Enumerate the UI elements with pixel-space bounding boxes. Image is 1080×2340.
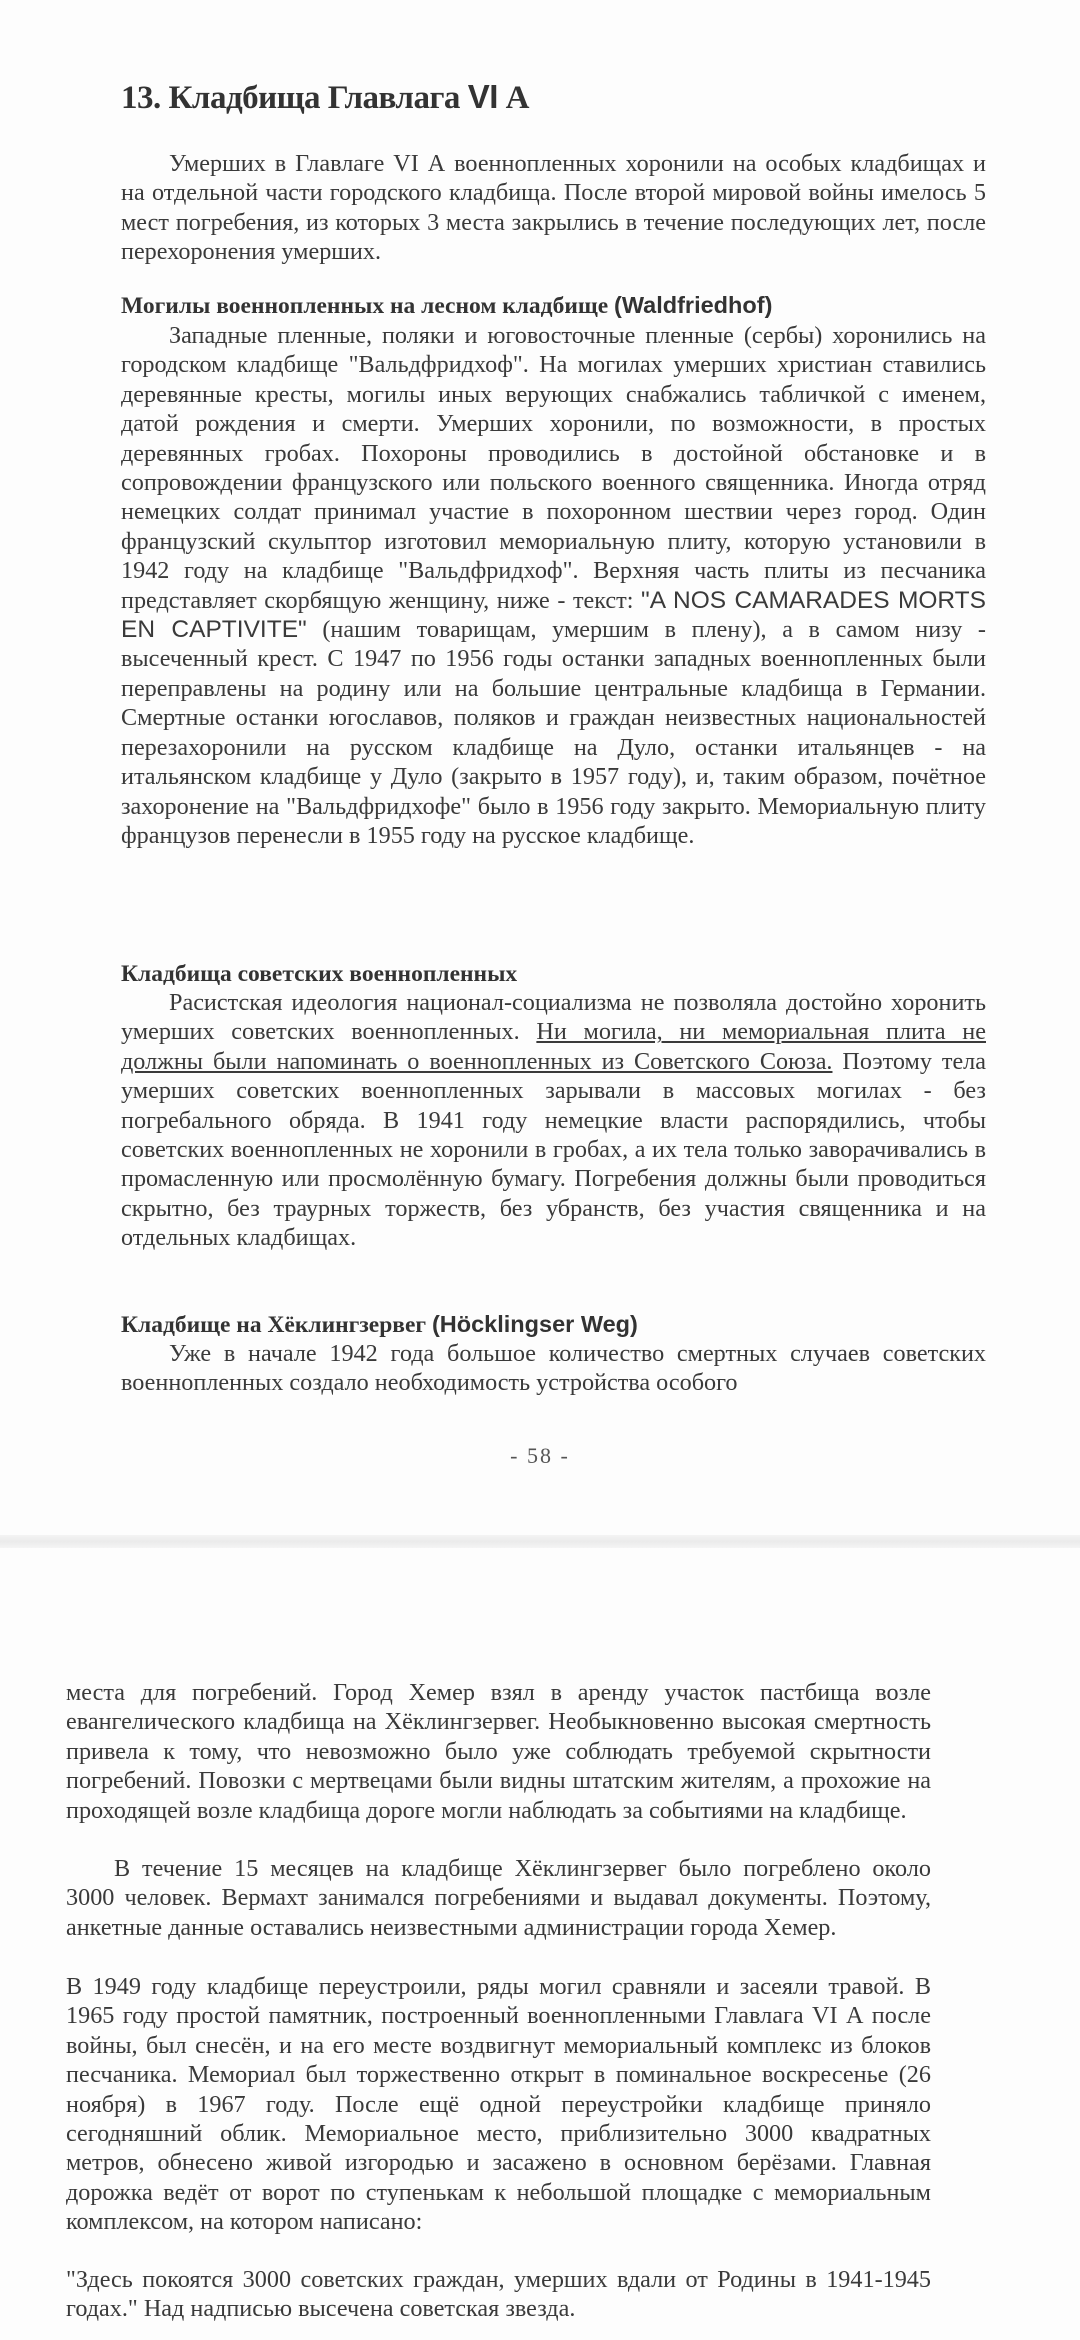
- paragraph-memorial-history: В 1949 году кладбище переустроили, ряды …: [66, 1972, 931, 2237]
- document-page-58: 13. Кладбища Главлага VI А Умерших в Гла…: [0, 0, 1080, 1535]
- chapter-title-suffix: А: [498, 80, 529, 116]
- section-heading-text: Кладбище на Хёклингзервег: [121, 1312, 432, 1338]
- page-number: - 58 -: [0, 1443, 1080, 1469]
- chapter-title-text: 13. Кладбища Главлага: [121, 80, 468, 116]
- paragraph-burial-site: места для погребений. Город Хемер взял в…: [66, 1678, 931, 1825]
- section-heading-hoecklingser-weg: Кладбище на Хёклингзервег (Höcklingser W…: [121, 1310, 986, 1340]
- chapter-title-roman: VI: [468, 78, 498, 115]
- paragraph-memorial-inscription: "Здесь покоятся 3000 советских граждан, …: [66, 2265, 931, 2324]
- soviet-pow-paragraph: Расистская идеология национал-социализма…: [121, 988, 986, 1253]
- paragraph-text-continued: Поэтому тела умерших советских военнопле…: [121, 1048, 986, 1251]
- hoecklingser-paragraph-start: Уже в начале 1942 года большое количеств…: [121, 1339, 986, 1398]
- chapter-title: 13. Кладбища Главлага VI А: [121, 78, 529, 117]
- document-page-59: места для погребений. Город Хемер взял в…: [0, 1548, 1080, 2340]
- section-heading-waldfriedhof: Могилы военнопленных на лесном кладбище …: [121, 291, 986, 321]
- section-heading-latin: (Höcklingser Weg): [432, 1311, 638, 1337]
- intro-paragraph: Умерших в Главлаге VI А военнопленных хо…: [121, 149, 986, 267]
- section-heading-latin: (Waldfriedhof): [614, 292, 772, 318]
- section-heading-soviet-pow-cemeteries: Кладбища советских военнопленных: [121, 960, 986, 989]
- paragraph-text: Западные пленные, поляки и юговосточные …: [121, 322, 986, 614]
- paragraph-text-continued: (нашим товарищам, умершим в плену), а в …: [121, 616, 986, 849]
- waldfriedhof-paragraph: Западные пленные, поляки и юговосточные …: [121, 321, 986, 850]
- page-separator: [0, 1535, 1080, 1548]
- section-heading-text: Могилы военнопленных на лесном кладбище: [121, 293, 614, 319]
- paragraph-burials-count: В течение 15 месяцев на кладбище Хёклинг…: [66, 1854, 931, 1942]
